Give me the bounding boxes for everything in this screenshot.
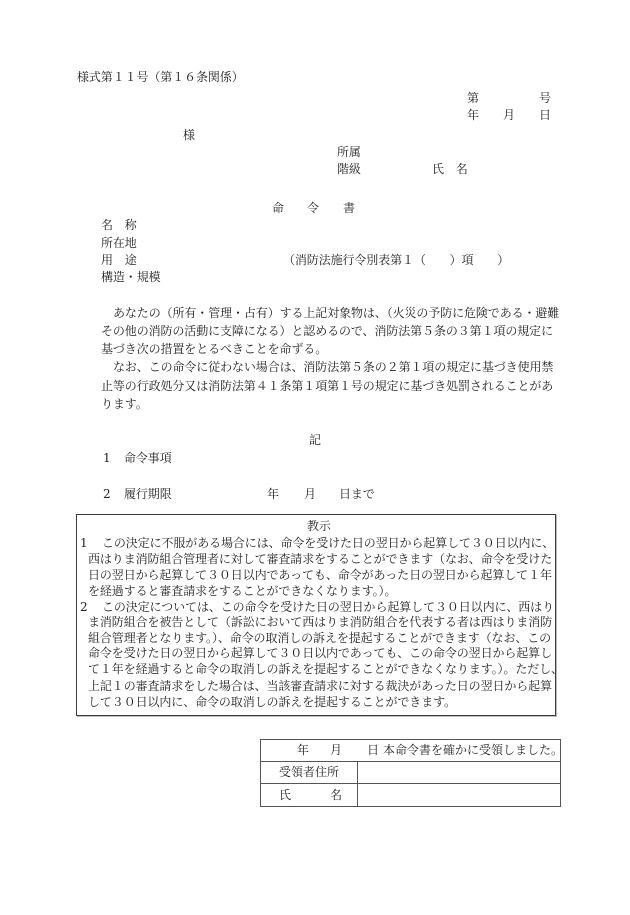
field-structure-label: 構造・規模 — [101, 270, 161, 284]
item-2-label: 履行期限 — [124, 487, 172, 501]
notice-line: この決定に不服がある場合には、命令を受けた日の翌日から起算して３０日以内に、 — [102, 536, 554, 550]
body-line: 基づき次の措置をとるべきことを命ずる。 — [101, 342, 327, 356]
deadline-year: 年 — [267, 487, 279, 501]
issuer-affiliation-label: 所属 — [337, 145, 361, 159]
field-usage-note: （消防法施行令別表第１（ ）項 ） — [283, 253, 509, 267]
receipt-year: 年 — [297, 743, 309, 757]
receipt-statement: 本命令書を確かに受領しました。 — [383, 743, 563, 757]
notice-line: この決定については、この命令を受けた日の翌日から起算して３０日以内に、西はり — [102, 600, 554, 614]
title-char-1: 命 — [272, 201, 284, 215]
item-1-label: 命令事項 — [124, 451, 172, 465]
item-1-number: 1 — [103, 451, 111, 465]
notice-line: て１年を経過すると命令の取消しの訴えを提起することができなくなります。）。ただし… — [88, 662, 563, 676]
deadline-month: 月 — [304, 487, 316, 501]
receipt-address-label: 受領者住所 — [279, 765, 339, 779]
ki-heading: 記 — [309, 433, 321, 447]
body-line: 止等の行政処分又は消防法第４１条第１項第１号の規定に基づき処罰されることがあ — [101, 379, 553, 393]
receipt-name-field[interactable] — [358, 784, 561, 807]
notice-title: 教示 — [307, 519, 331, 533]
field-location-label: 所在地 — [101, 236, 137, 250]
date-month: 月 — [503, 108, 515, 122]
receipt-date-cell[interactable]: 年 月 日 本命令書を確かに受領しました。 — [261, 740, 561, 762]
body-line: あなたの（所有・管理・占有）する上記対象物は、（火災の予防に危険である・避難 — [113, 306, 559, 320]
doc-number-suffix: 号 — [539, 91, 551, 105]
item-2-number: 2 — [103, 487, 111, 501]
receipt-row-date: 年 月 日 本命令書を確かに受領しました。 — [261, 740, 561, 762]
date-year: 年 — [467, 108, 479, 122]
form-number: 様式第１１号（第１６条関係） — [77, 70, 244, 84]
doc-number-prefix: 第 — [467, 91, 479, 105]
notice-line: 組合管理者となります。）、命令の取消しの訴えを提起することができます（なお、この — [88, 631, 551, 645]
notice-line: 命令を受けた日の翌日から起算して３０日以内であっても、この命令の翌日から起算し — [88, 646, 552, 660]
deadline-day: 日まで — [339, 487, 375, 501]
title-char-3: 書 — [343, 201, 355, 215]
date-day: 日 — [539, 108, 551, 122]
body-line: なお、この命令に従わない場合は、消防法第５条の２第１項の規定に基づき使用禁 — [113, 360, 553, 374]
receipt-name-label-b: 名 — [330, 788, 342, 802]
receipt-row-address: 受領者住所 — [261, 762, 561, 784]
receipt-month: 月 — [330, 743, 342, 757]
notice-line: 上記１の審査請求をした場合は、当該審査請求に対する裁決があった日の翌日から起算 — [88, 679, 552, 693]
receipt-day: 日 — [367, 743, 379, 757]
recipient-honorific: 様 — [183, 128, 195, 142]
notice-line: 日の翌日から起算して３０日以内であっても、命令があった日の翌日から起算して１年 — [88, 568, 552, 582]
receipt-name-label-cell: 氏 名 — [261, 784, 358, 807]
issuer-name-label: 氏 名 — [432, 162, 468, 176]
receipt-name-label-a: 氏 — [279, 788, 291, 802]
notice-line: ま消防組合を被告として（訴訟において西はりま消防組合を代表する者は西はりま消防 — [88, 615, 552, 629]
notice-line: 西はりま消防組合管理者に対して審査請求をすることができます（なお、命令を受けた — [88, 552, 552, 566]
notice-line: して３０日以内に、命令の取消しの訴えを提起することができます。 — [88, 695, 456, 709]
receipt-address-label-cell: 受領者住所 — [261, 762, 358, 784]
receipt-address-field[interactable] — [358, 762, 561, 784]
field-name-label: 名 称 — [101, 218, 137, 232]
notice-item-1-number: 1 — [80, 536, 88, 550]
title-char-2: 令 — [307, 201, 319, 215]
body-line: ります。 — [101, 397, 148, 411]
receipt-table: 年 月 日 本命令書を確かに受領しました。 受領者住所 氏 名 — [260, 739, 561, 807]
body-line: その他の消防の活動に支障になる）と認めるので、消防法第５条の３第１項の規定に — [101, 324, 553, 338]
receipt-row-name: 氏 名 — [261, 784, 561, 807]
notice-line: を経過すると審査請求をすることができなくなります。）。 — [88, 584, 396, 598]
issuer-rank-label: 階級 — [337, 162, 361, 176]
field-usage-label: 用 途 — [101, 253, 137, 267]
notice-item-2-number: 2 — [80, 600, 88, 614]
